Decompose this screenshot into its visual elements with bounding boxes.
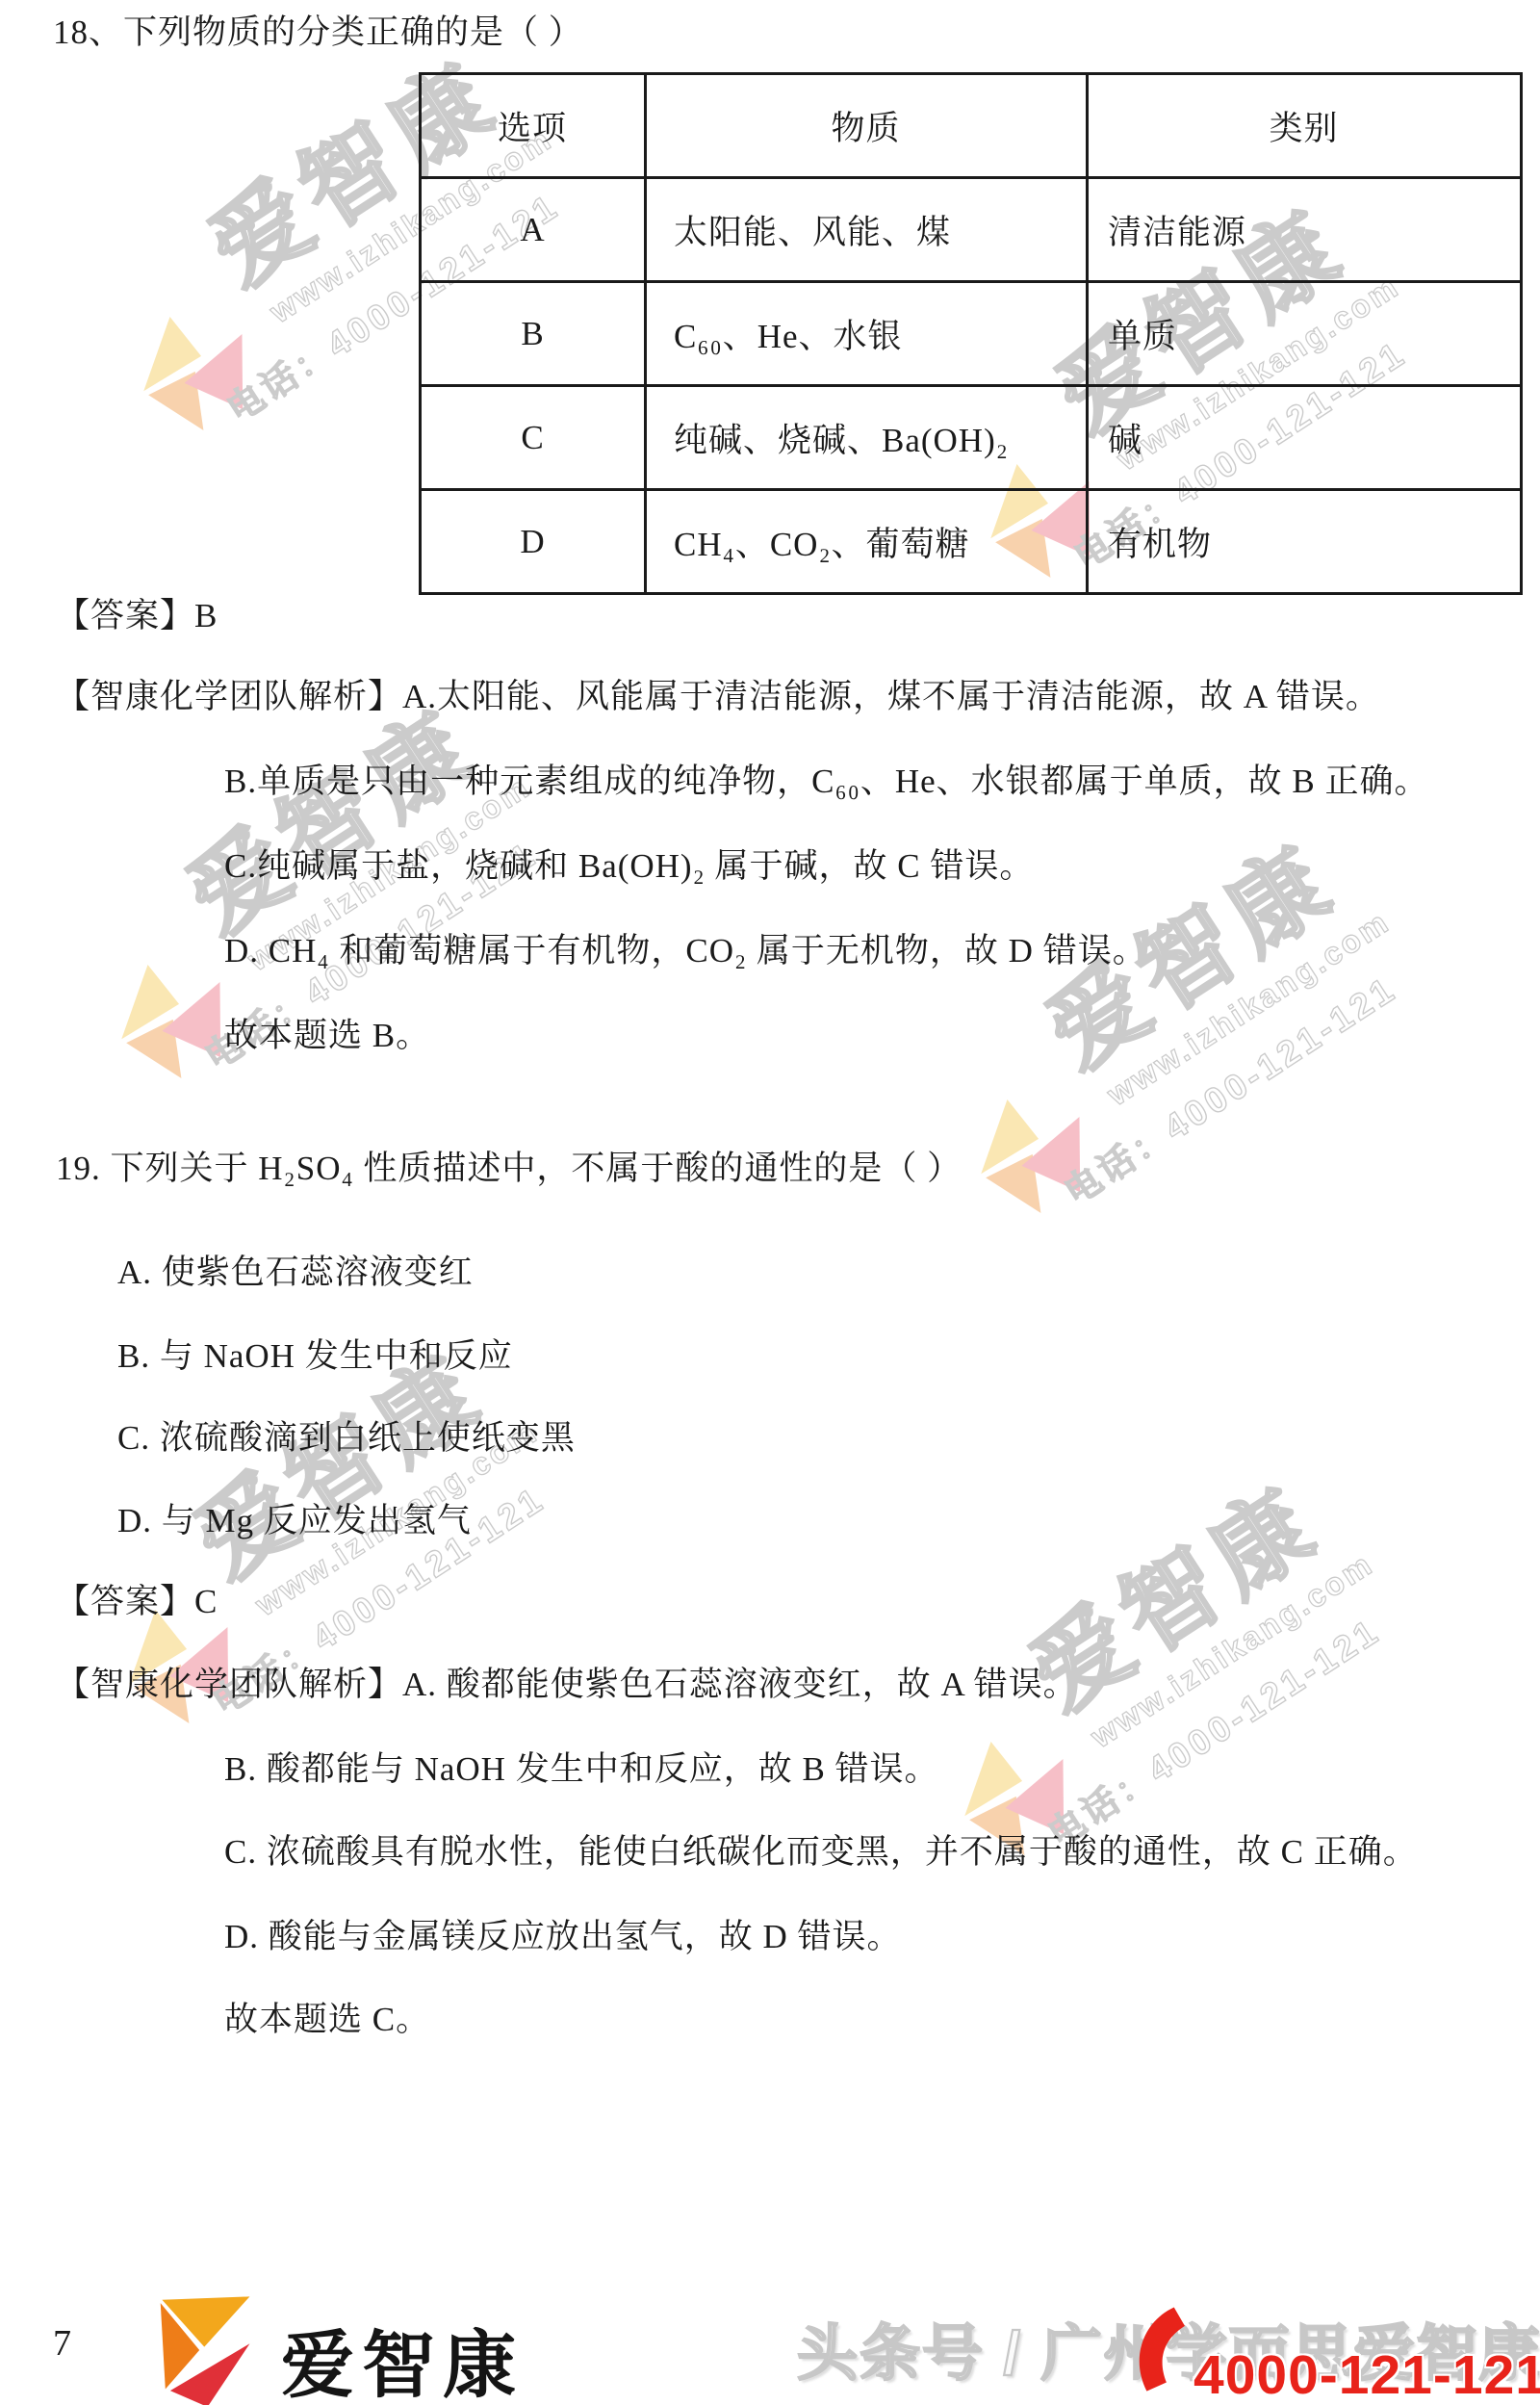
table-cell-substance: C₆₀、He、水银 [646, 282, 1088, 386]
table-row: A 太阳能、风能、煤 清洁能源 [421, 178, 1522, 282]
table-cell-substance: CH₄、CO₂、葡萄糖 [646, 490, 1088, 594]
table-cell-category: 单质 [1088, 282, 1522, 386]
question-18-explanation-b: B.单质是只由一种元素组成的纯净物，C₆₀、He、水银都属于单质，故 B 正确。 [224, 761, 1429, 803]
question-18-conclusion: 故本题选 B。 [224, 1015, 430, 1057]
table-row: C 纯碱、烧碱、Ba(OH)₂ 碱 [421, 386, 1522, 490]
question-19-option-a: A. 使紫色石蕊溶液变红 [117, 1252, 474, 1294]
watermark-phone: 电话：4000-121-121 [1037, 1586, 1415, 1857]
table-cell-substance: 纯碱、烧碱、Ba(OH)₂ [646, 386, 1088, 490]
question-19-conclusion: 故本题选 C。 [224, 1999, 430, 2041]
question-18-explanation-a: 【智康化学团队解析】A.太阳能、风能属于清洁能源，煤不属于清洁能源，故 A 错误… [56, 676, 1380, 718]
izhikang-footer-logo-icon [154, 2288, 268, 2405]
question-19-explanation-c: C. 浓硫酸具有脱水性，能使白纸碳化而变黑，并不属于酸的通性，故 C 正确。 [224, 1831, 1418, 1874]
watermark: 爱智康 www.izhikang.com 电话：4000-121-121 [910, 757, 1540, 1316]
table-cell-substance: 太阳能、风能、煤 [646, 178, 1088, 282]
table-cell-option: C [421, 386, 646, 490]
table-cell-category: 碱 [1088, 386, 1522, 490]
watermark-url: www.izhikang.com [1085, 1545, 1381, 1755]
table-row: D CH₄、CO₂、葡萄糖 有机物 [421, 490, 1522, 594]
question-18-explanation-c: C.纯碱属于盐，烧碱和 Ba(OH)₂ 属于碱，故 C 错误。 [224, 845, 1034, 888]
exam-answer-page: 爱智康 www.izhikang.com 电话：4000-121-121 爱智康… [0, 0, 1540, 2405]
table-cell-category: 清洁能源 [1088, 178, 1522, 282]
question-19-option-b: B. 与 NaOH 发生中和反应 [117, 1335, 513, 1378]
question-18-table: 选项 物质 类别 A 太阳能、风能、煤 清洁能源 B C₆₀、He、水银 单质 … [419, 72, 1523, 595]
question-18-explanation-d: D. CH₄ 和葡萄糖属于有机物，CO₂ 属于无机物，故 D 错误。 [224, 930, 1147, 972]
question-19-explanation-b: B. 酸都能与 NaOH 发生中和反应，故 B 错误。 [224, 1748, 939, 1791]
table-cell-option: B [421, 282, 646, 386]
question-19-explanation-a: 【智康化学团队解析】A. 酸都能使紫色石蕊溶液变红，故 A 错误。 [56, 1664, 1078, 1706]
table-cell-category: 有机物 [1088, 490, 1522, 594]
question-19-option-c: C. 浓硫酸滴到白纸上使纸变黑 [117, 1417, 576, 1460]
table-row: B C₆₀、He、水银 单质 [421, 282, 1522, 386]
question-19-stem: 19. 下列关于 H₂SO₄ 性质描述中，不属于酸的通性的是（ ） [56, 1148, 962, 1190]
question-19-answer: 【答案】C [56, 1581, 218, 1623]
question-19-explanation-d: D. 酸能与金属镁反应放出氢气，故 D 错误。 [224, 1916, 902, 1958]
table-cell-option: D [421, 490, 646, 594]
watermark-phone: 电话：4000-121-121 [1053, 944, 1431, 1215]
izhikang-pinwheel-logo-icon [104, 274, 291, 461]
question-18-answer: 【答案】B [56, 595, 218, 637]
watermark-brand: 爱智康 [173, 681, 513, 948]
footer-phone-number: 4000-121-121 [1193, 2343, 1540, 2405]
question-19-option-d: D. 与 Mg 反应发出氢气 [117, 1500, 472, 1542]
table-header-substance: 物质 [646, 74, 1088, 178]
page-number: 7 [53, 2322, 71, 2365]
table-header-category: 类别 [1088, 74, 1522, 178]
table-cell-option: A [421, 178, 646, 282]
table-header-option: 选项 [421, 74, 646, 178]
izhikang-pinwheel-logo-icon [941, 1057, 1128, 1244]
table-header-row: 选项 物质 类别 [421, 74, 1522, 178]
question-18-stem: 18、下列物质的分类正确的是（ ） [53, 12, 583, 54]
footer-brand-text: 爱智康 [281, 2307, 524, 2405]
